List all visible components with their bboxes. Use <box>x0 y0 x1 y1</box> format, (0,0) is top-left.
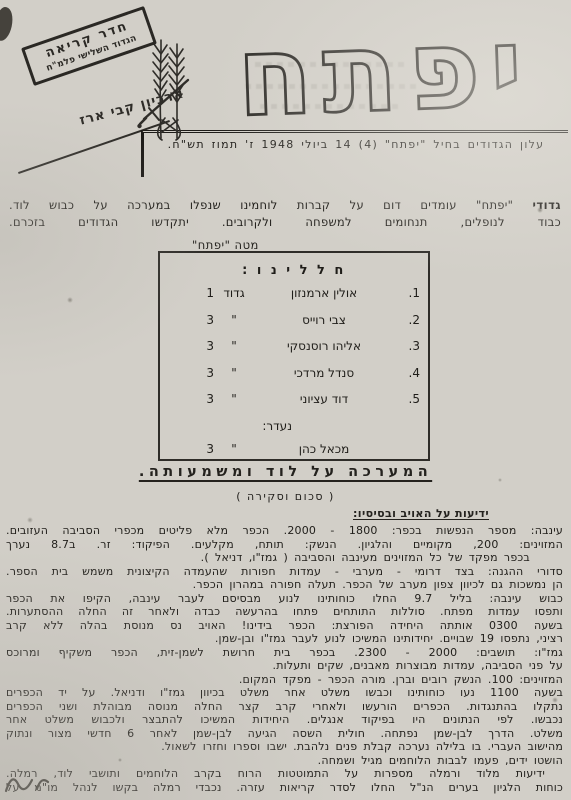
casualty-unit-label: " <box>214 313 254 327</box>
newsletter-title: יפתח <box>205 10 565 140</box>
missing-label: נעדר: <box>168 419 420 442</box>
article-line: בכפר מפקד של כל המזוינים מעינבה והסביבה … <box>6 551 563 565</box>
memorial-line-2: כבוד לנופלים, תנחומים למשפחה ולקרובים. י… <box>9 214 561 231</box>
article-line: נכבשו. לפי הנתונים היו בפיקוד אנגלים. הי… <box>6 713 563 727</box>
article-line: כוחות הלגיון בערים הנ"ל החלו לסדר קריאות… <box>6 781 563 795</box>
article-line: כבוש עינבה: בליל 9.7 החלו כוחותינו לנוע … <box>6 592 563 606</box>
casualty-index: 4. <box>394 366 420 380</box>
memorial-paragraph: גדודי "יפתח" עומדים דום על קברות לוחמינו… <box>9 197 561 231</box>
casualty-unit-label: " <box>214 366 254 380</box>
casualty-row: 5. דוד עציוני " 3 <box>168 392 420 419</box>
casualty-unit-label: גדוד <box>214 286 254 300</box>
casualty-row: 1. אולין ארמנזון גדוד 1 <box>168 286 420 313</box>
casualty-name: צבי רוייס <box>254 313 394 327</box>
casualty-row: 3. אליהו רוסנסקי " 3 <box>168 339 420 366</box>
article-subtitle: ( סכום וסקירה ) <box>0 490 571 503</box>
casualty-unit-label: " <box>214 442 254 456</box>
casualty-name: סנדל מרדכי <box>254 366 394 380</box>
casualties-box: ח ל ל י נ ו : 1. אולין ארמנזון גדוד 1 2.… <box>158 251 430 461</box>
article-line: נתקלו בהתנגדות. הכפרים הורעשו ולאחרי קרב… <box>6 700 563 714</box>
article-line: הושטו ידים, פעמו לבבות הלוחמים מגיל ושמח… <box>6 754 563 768</box>
article-line: סדורי ההגנה: בצד דרומי - מערבי - עמדות ח… <box>6 565 563 579</box>
article-line: בשעה 0300 אותתה היחידה הפורצת: הכפר בידי… <box>6 619 563 633</box>
casualty-index: 2. <box>394 313 420 327</box>
casualty-unit-number: 3 <box>194 392 214 406</box>
casualty-name: מכאל כהן <box>254 442 394 456</box>
article-line: גמז"ו: תושבים: 2000 - 2300. בכפר בית חרו… <box>6 646 563 660</box>
section-heading: ידיעות על האויב ובסיסיו: <box>353 507 489 520</box>
article-line: על פני הסביבה, עמדות מבוצרות מאבנים, שקי… <box>6 659 563 673</box>
casualty-index: 3. <box>394 339 420 353</box>
article-line: רציני, נתפסו 19 שבויים. יחידותינו המשיכו… <box>6 632 563 646</box>
casualties-header: ח ל ל י נ ו : <box>168 263 420 278</box>
casualty-row: 4. סנדל מרדכי " 3 <box>168 366 420 393</box>
article-line: המזוינים: 200, מקומיים והלגיון. הנשק: תו… <box>6 538 563 552</box>
memorial-line-1-text: "יפתח" עומדים דום על קברות לוחמינו שנפלו… <box>9 198 533 212</box>
document-page: חדר קריאה הגדוד השלישי פלמ"ח ארכיון קבי … <box>0 0 571 800</box>
casualty-unit-number: 1 <box>194 286 214 300</box>
article-title: המערכה על לוד ומשמעותה. <box>0 464 571 480</box>
article-line: עינבה: מספר הנפשות בכפר: 1800 - 2000. הכ… <box>6 524 563 538</box>
memorial-lead-word: גדודי <box>533 198 562 212</box>
casualty-name: אליהו רוסנסקי <box>254 339 394 353</box>
casualty-row: 2. צבי רוייס " 3 <box>168 313 420 340</box>
signature-line: מטה "יפתח" <box>192 238 259 252</box>
casualty-name: דוד עציוני <box>254 392 394 406</box>
article-line: משלט. הדרך לבן-שמן נפתחה. חולית השסה הגי… <box>6 727 563 741</box>
article-body: עינבה: מספר הנפשות בכפר: 1800 - 2000. הכ… <box>6 524 563 794</box>
article-line: ידיעות מלוד ורמלה מספרות על התמוטטות הרו… <box>6 767 563 781</box>
casualty-name: אולין ארמנזון <box>254 286 394 300</box>
casualty-index: 1. <box>394 286 420 300</box>
article-line: מהישוב העברי. בו בלילה נערכה קבלת פנים נ… <box>6 740 563 754</box>
article-line: בשעה 1100 נעו כוחותינו וכבשו משלט אחר מש… <box>6 686 563 700</box>
memorial-line-1: גדודי "יפתח" עומדים דום על קברות לוחמינו… <box>9 197 561 214</box>
handwritten-mark <box>2 766 52 798</box>
casualty-index: 5. <box>394 392 420 406</box>
casualty-unit-number: 3 <box>194 313 214 327</box>
ink-smudge <box>0 6 15 43</box>
title-text: יפתח <box>235 10 535 140</box>
casualty-unit-label: " <box>214 392 254 406</box>
casualty-unit-number: 3 <box>194 339 214 353</box>
casualty-unit-number: 3 <box>194 442 214 456</box>
casualty-unit-number: 3 <box>194 366 214 380</box>
article-line: המזוינים: 100. הנשק רובים וברן. מורה הכפ… <box>6 673 563 687</box>
article-line: הן נמשכות גם לכיוון צפון מערב של הכפר. ת… <box>6 578 563 592</box>
casualty-unit-label: " <box>214 339 254 353</box>
article-line: ותפסו עמדות מפתח. סוללות התותחים פתחו בה… <box>6 605 563 619</box>
